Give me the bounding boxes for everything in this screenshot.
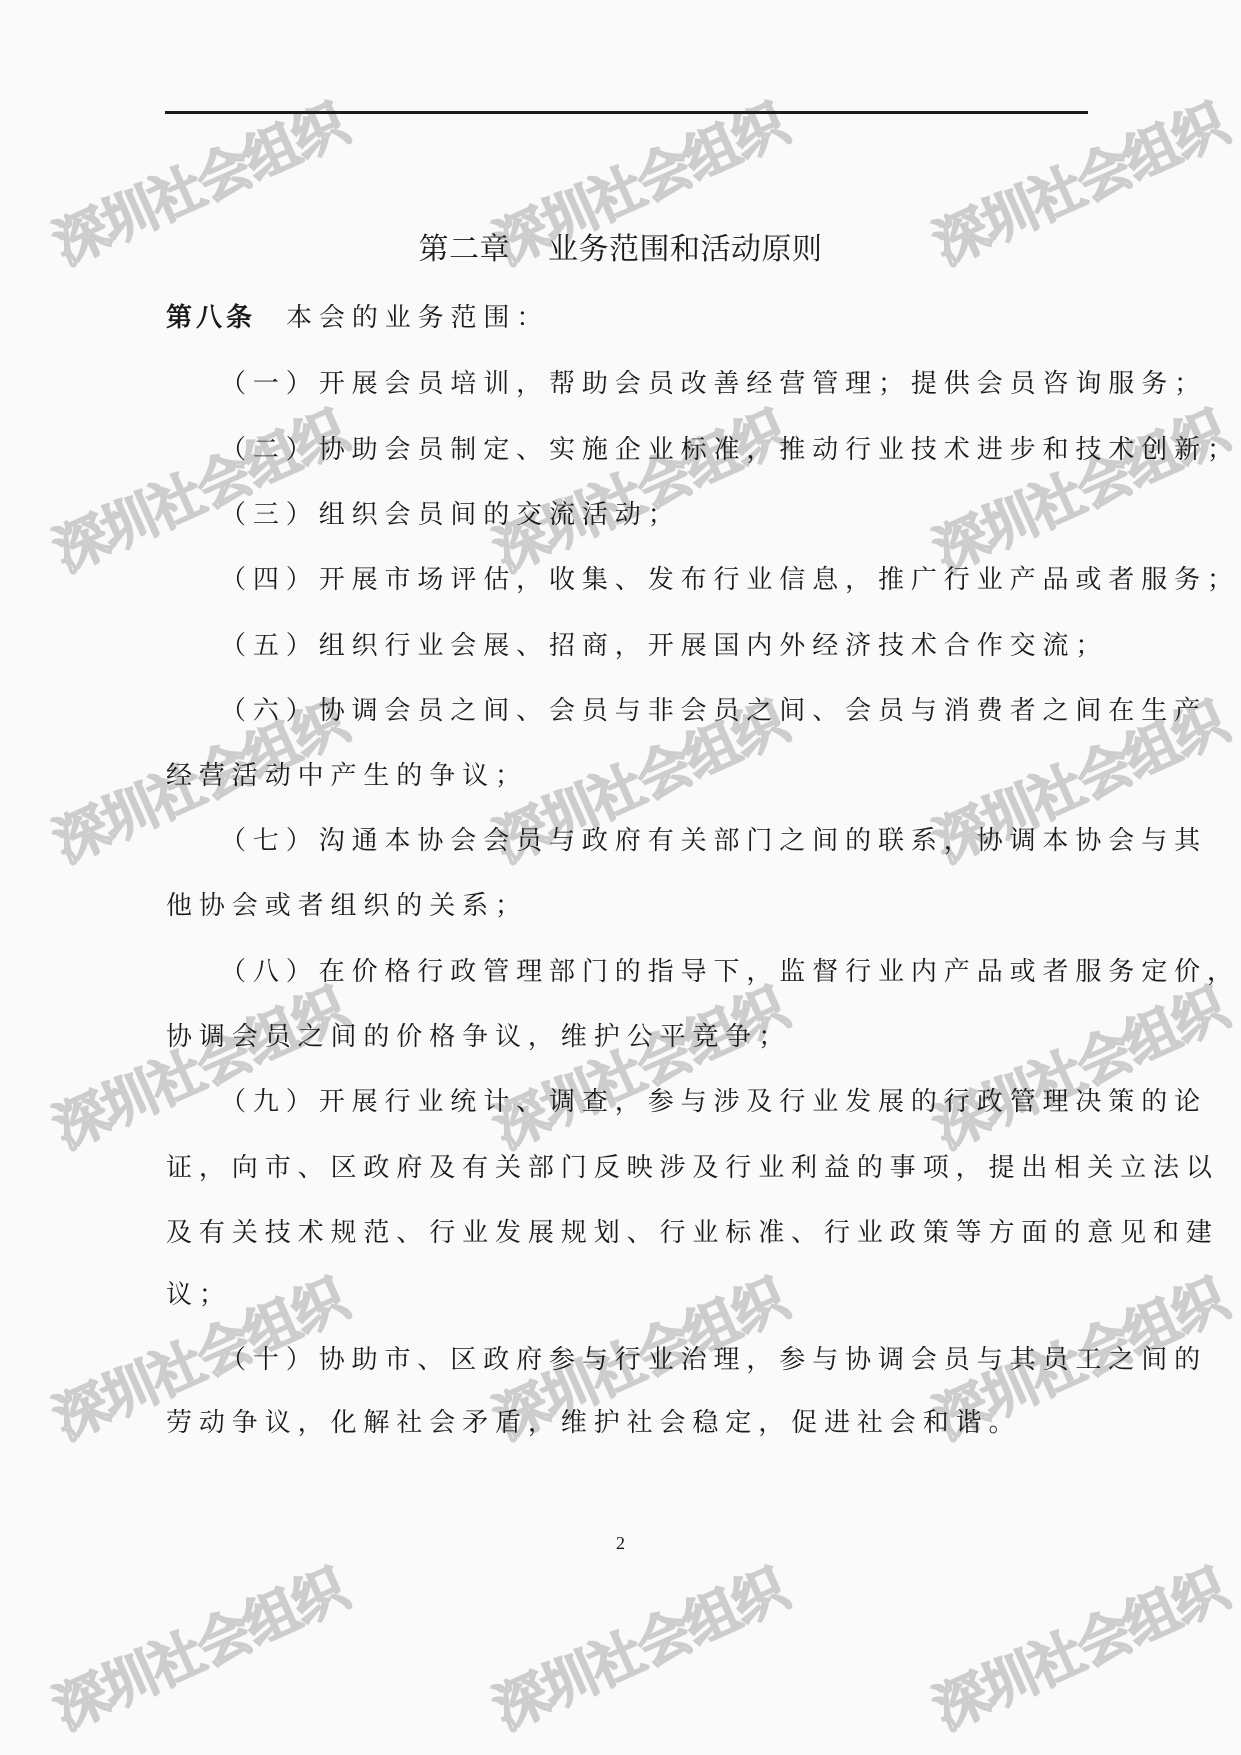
article-intro: 本会的业务范围：	[286, 303, 549, 333]
list-item: （六）协调会员之间、会员与非会员之间、会员与消费者之间在生产	[220, 694, 1207, 728]
chapter-number: 第二章	[419, 232, 511, 267]
list-item: （四）开展市场评估，收集、发布行业信息，推广行业产品或者服务；	[220, 563, 1240, 597]
list-item: （十）协助市、区政府参与行业治理，参与协调会员与其员工之间的	[220, 1343, 1207, 1377]
list-item: （二）协助会员制定、实施企业标准，推动行业技术进步和技术创新；	[220, 433, 1240, 467]
watermark-text: 深圳社会组织	[461, 964, 818, 1174]
list-item-continuation: 及有关技术规范、行业发展规划、行业标准、行业政策等方面的意见和建	[166, 1216, 1219, 1250]
page-number: 2	[0, 1533, 1241, 1554]
watermark-text: 深圳社会组织	[901, 964, 1241, 1174]
watermark-text: 深圳社会组织	[901, 1545, 1241, 1755]
list-item-continuation: 协调会员之间的价格争议，维护公平竞争；	[166, 1020, 791, 1054]
list-item-continuation: 议；	[166, 1278, 232, 1312]
list-item-continuation: 证，向市、区政府及有关部门反映涉及行业利益的事项，提出相关立法以	[166, 1151, 1219, 1185]
watermark-text: 深圳社会组织	[461, 1545, 818, 1755]
list-item-continuation: 经营活动中产生的争议；	[166, 759, 528, 793]
article-label: 第八条	[166, 303, 256, 333]
header-rule	[165, 111, 1088, 114]
list-item-continuation: 他协会或者组织的关系；	[166, 889, 528, 923]
watermark-text: 深圳社会组织	[21, 964, 378, 1174]
list-item: （七）沟通本协会会员与政府有关部门之间的联系，协调本协会与其	[220, 824, 1207, 858]
list-item: （九）开展行业统计、调查，参与涉及行业发展的行政管理决策的论	[220, 1085, 1207, 1119]
list-item: （五）组织行业会展、招商，开展国内外经济技术合作交流；	[220, 629, 1108, 663]
article-heading: 第八条本会的业务范围：	[166, 301, 549, 335]
list-item-continuation: 劳动争议，化解社会矛盾，维护社会稳定，促进社会和谐。	[166, 1406, 1021, 1440]
chapter-name: 业务范围和活动原则	[548, 232, 823, 267]
list-item: （八）在价格行政管理部门的指导下，监督行业内产品或者服务定价，	[220, 955, 1240, 989]
list-item: （一）开展会员培训，帮助会员改善经营管理；提供会员咨询服务；	[220, 367, 1207, 401]
watermark-text: 深圳社会组织	[21, 1545, 378, 1755]
chapter-title: 第二章业务范围和活动原则	[0, 230, 1241, 270]
list-item: （三）组织会员间的交流活动；	[220, 498, 681, 532]
